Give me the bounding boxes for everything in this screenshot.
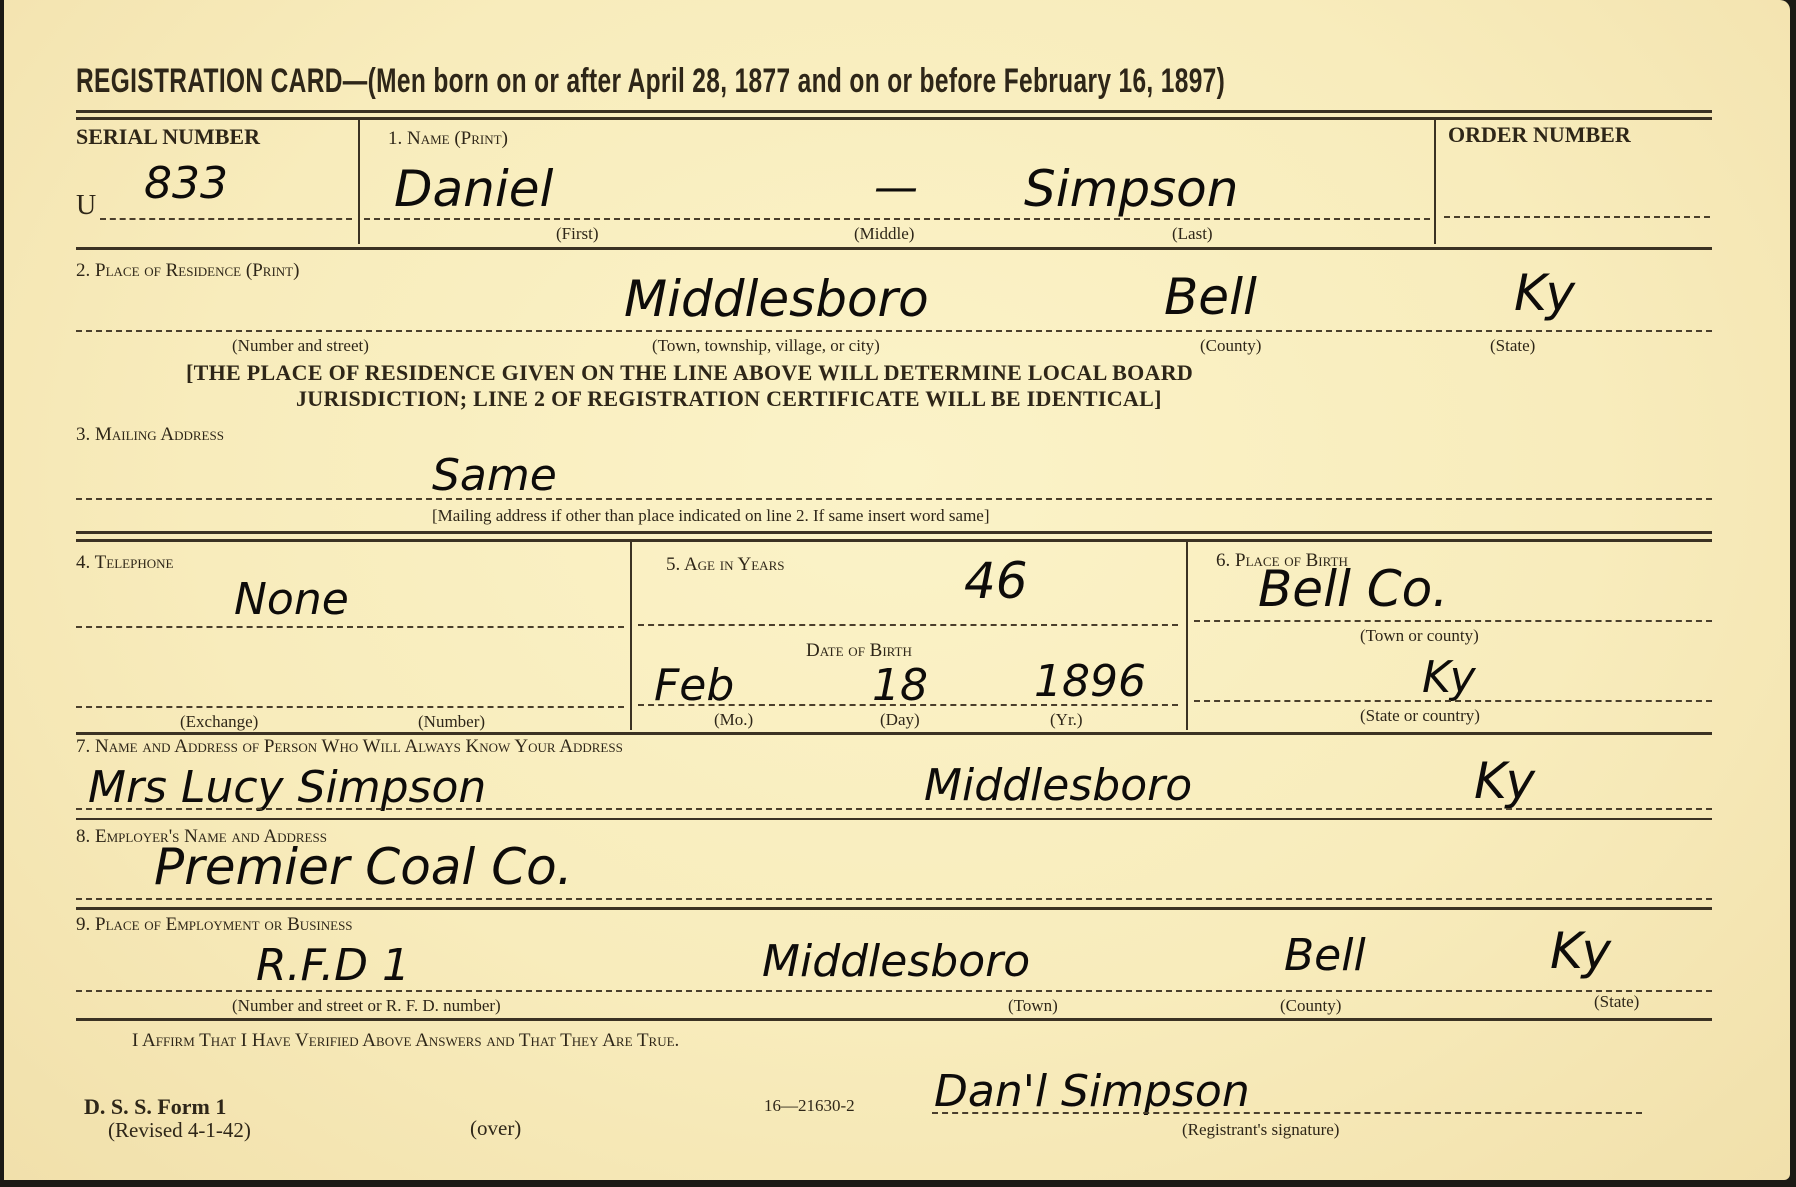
signature-line xyxy=(932,1112,1642,1114)
telephone-label: 4. Telephone xyxy=(76,552,173,574)
top-rule xyxy=(76,110,1712,113)
residence-county-caption: (County) xyxy=(1200,336,1261,356)
contact-name-value[interactable]: Mrs Lucy Simpson xyxy=(88,762,486,813)
dob-year-value[interactable]: 1896 xyxy=(1034,656,1146,707)
serial-line xyxy=(100,218,352,220)
employment-town-caption: (Town) xyxy=(1008,996,1058,1016)
serial-prefix: U xyxy=(76,190,96,222)
employment-state-value[interactable]: Ky xyxy=(1550,922,1611,980)
employment-town-value[interactable]: Middlesboro xyxy=(762,936,1030,987)
contact-label: 7. Name and Address of Person Who Will A… xyxy=(76,736,623,758)
row1-rule xyxy=(76,247,1712,250)
row7-rule xyxy=(76,818,1712,820)
residence-town-value[interactable]: Middlesboro xyxy=(624,270,929,328)
residence-state-caption: (State) xyxy=(1490,336,1535,356)
print-code: 16—21630-2 xyxy=(764,1096,855,1116)
dob-line xyxy=(638,704,1178,706)
residence-label: 2. Place of Residence (Print) xyxy=(76,260,299,282)
affirmation-text: I Affirm That I Have Verified Above Answ… xyxy=(132,1030,679,1052)
age-line xyxy=(638,624,1178,626)
dob-label: Date of Birth xyxy=(806,640,912,662)
age-divider xyxy=(1186,540,1188,730)
serial-number-label: SERIAL NUMBER xyxy=(76,124,260,150)
serial-number-value[interactable]: 833 xyxy=(144,158,228,209)
birthplace-state-line xyxy=(1194,700,1712,702)
employment-county-value[interactable]: Bell xyxy=(1284,930,1366,981)
name-label: 1. Name (Print) xyxy=(388,128,508,150)
name-first-value[interactable]: Daniel xyxy=(394,160,553,218)
mailing-line xyxy=(76,498,1712,500)
top-rule-2 xyxy=(76,117,1712,120)
row3-rule-2 xyxy=(76,539,1712,542)
telephone-line-2 xyxy=(76,706,624,708)
name-middle-value[interactable]: — xyxy=(874,162,918,213)
age-value[interactable]: 46 xyxy=(964,552,1028,610)
residence-line xyxy=(76,330,1712,332)
name-last-value[interactable]: Simpson xyxy=(1024,160,1238,218)
residence-state-value[interactable]: Ky xyxy=(1514,264,1575,322)
order-number-label: ORDER NUMBER xyxy=(1448,122,1631,148)
mailing-address-label: 3. Mailing Address xyxy=(76,424,224,446)
birthplace-town-value[interactable]: Bell Co. xyxy=(1258,560,1448,618)
name-line xyxy=(364,218,1430,220)
residence-street-caption: (Number and street) xyxy=(232,336,369,356)
employer-value[interactable]: Premier Coal Co. xyxy=(154,838,573,896)
jurisdiction-notice-line1: [THE PLACE OF RESIDENCE GIVEN ON THE LIN… xyxy=(186,360,1193,386)
contact-address-value[interactable]: Middlesboro xyxy=(924,760,1192,811)
residence-town-caption: (Town, township, village, or city) xyxy=(652,336,880,356)
row8-rule xyxy=(76,907,1712,910)
dob-month-caption: (Mo.) xyxy=(714,710,753,730)
serial-divider xyxy=(358,118,360,244)
registration-card: REGISTRATION CARD—(Men born on or after … xyxy=(4,0,1790,1180)
birthplace-state-value[interactable]: Ky xyxy=(1422,652,1476,703)
row4-rule xyxy=(76,732,1712,735)
name-first-caption: (First) xyxy=(556,224,599,244)
name-middle-caption: (Middle) xyxy=(854,224,914,244)
employment-county-caption: (County) xyxy=(1280,996,1341,1016)
name-last-caption: (Last) xyxy=(1172,224,1213,244)
telephone-number-caption: (Number) xyxy=(418,712,485,732)
telephone-exchange-caption: (Exchange) xyxy=(180,712,258,732)
row9-rule xyxy=(76,1018,1712,1021)
card-title: REGISTRATION CARD—(Men born on or after … xyxy=(76,62,1225,101)
birthplace-town-line xyxy=(1194,620,1712,622)
signature-caption: (Registrant's signature) xyxy=(1182,1120,1339,1140)
contact-line xyxy=(76,808,1712,810)
employment-line xyxy=(76,990,1712,992)
form-number: D. S. S. Form 1 xyxy=(84,1094,226,1120)
over-note: (over) xyxy=(470,1116,521,1141)
employment-state-caption: (State) xyxy=(1594,992,1639,1012)
dob-day-caption: (Day) xyxy=(880,710,920,730)
residence-county-value[interactable]: Bell xyxy=(1164,268,1257,326)
form-revised: (Revised 4-1-42) xyxy=(108,1118,251,1143)
telephone-line-1 xyxy=(76,626,624,628)
row3-rule xyxy=(76,531,1712,534)
dob-year-caption: (Yr.) xyxy=(1050,710,1083,730)
telephone-divider xyxy=(630,540,632,730)
jurisdiction-notice-line2: JURISDICTION; LINE 2 OF REGISTRATION CER… xyxy=(296,386,1162,412)
order-number-line[interactable] xyxy=(1444,216,1710,218)
contact-state-value[interactable]: Ky xyxy=(1474,752,1535,810)
mailing-caption: [Mailing address if other than place ind… xyxy=(432,506,990,526)
employment-street-value[interactable]: R.F.D 1 xyxy=(256,940,410,991)
telephone-value[interactable]: None xyxy=(234,574,349,625)
age-label: 5. Age in Years xyxy=(666,554,784,576)
employment-street-caption: (Number and street or R. F. D. number) xyxy=(232,996,501,1016)
order-divider xyxy=(1434,118,1436,244)
mailing-address-value[interactable]: Same xyxy=(432,450,557,501)
signature-value[interactable]: Dan'l Simpson xyxy=(934,1066,1250,1117)
employment-label: 9. Place of Employment or Business xyxy=(76,914,353,936)
employer-line xyxy=(76,898,1712,900)
birthplace-town-caption: (Town or county) xyxy=(1360,626,1479,646)
birthplace-state-caption: (State or country) xyxy=(1360,706,1480,726)
